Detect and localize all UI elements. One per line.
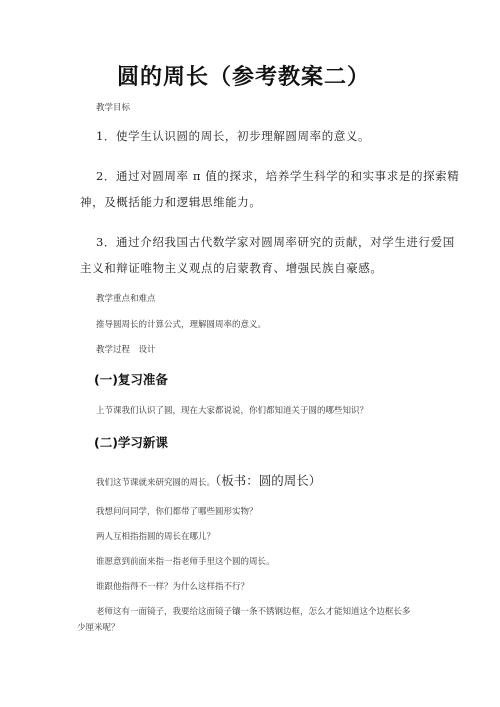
section-new-lesson-heading: (二)学习新课 bbox=[94, 433, 168, 451]
section-review-heading: (一)复习准备 bbox=[94, 370, 168, 388]
objective-2-line1: 2．通过对圆周率 π 值的探求，培养学生科学的和实事求是的探索精 bbox=[96, 168, 459, 184]
section-review-text: 上节课我们认识了圆，现在大家都说说，你们都知道关于圆的哪些知识？ bbox=[96, 404, 368, 416]
objective-3-line1: 3．通过介绍我国古代数学家对圆周率研究的贡献，对学生进行爱国 bbox=[96, 234, 455, 250]
key-points-heading: 教学重点和难点 bbox=[96, 292, 156, 304]
lesson-line-4: 谁跟他指得不一样？为什么这样指不行？ bbox=[96, 580, 249, 592]
objectives-heading: 教学目标 bbox=[96, 101, 130, 113]
board-note: （板书：圆的周长） bbox=[215, 473, 321, 488]
objective-2-line2: 神，及概括能力和逻辑思维能力。 bbox=[80, 194, 262, 210]
objective-3-line2: 主义和辩证唯物主义观点的启蒙教育、增强民族自豪感。 bbox=[80, 260, 383, 276]
lesson-line-2: 两人互相指指圆的周长在哪儿？ bbox=[96, 530, 215, 542]
mirror-question-line2: 少厘米呢？ bbox=[77, 621, 120, 633]
page-title: 圆的周长（参考教案二） bbox=[117, 60, 370, 91]
new-lesson-intro: 我们这节课就来研究圆的周长。 bbox=[96, 478, 215, 488]
process-heading: 教学过程 设计 bbox=[96, 343, 156, 355]
lesson-line-1: 我想问问同学，你们都带了哪些圆形实物？ bbox=[96, 505, 258, 517]
new-lesson-intro-line: 我们这节课就来研究圆的周长。（板书：圆的周长） bbox=[96, 470, 321, 489]
key-points-text: 推导圆周长的计算公式，理解圆周率的意义。 bbox=[96, 318, 266, 330]
objective-1: 1．使学生认识圆的周长，初步理解圆周率的意义。 bbox=[96, 128, 370, 144]
mirror-question-line1: 老师这有一面镜子，我要给这面镜子镶一条不锈钢边框，怎么才能知道这个边框长多 bbox=[96, 605, 411, 617]
lesson-line-3: 谁愿意到前面来指一指老师手里这个圆的周长。 bbox=[96, 555, 275, 567]
